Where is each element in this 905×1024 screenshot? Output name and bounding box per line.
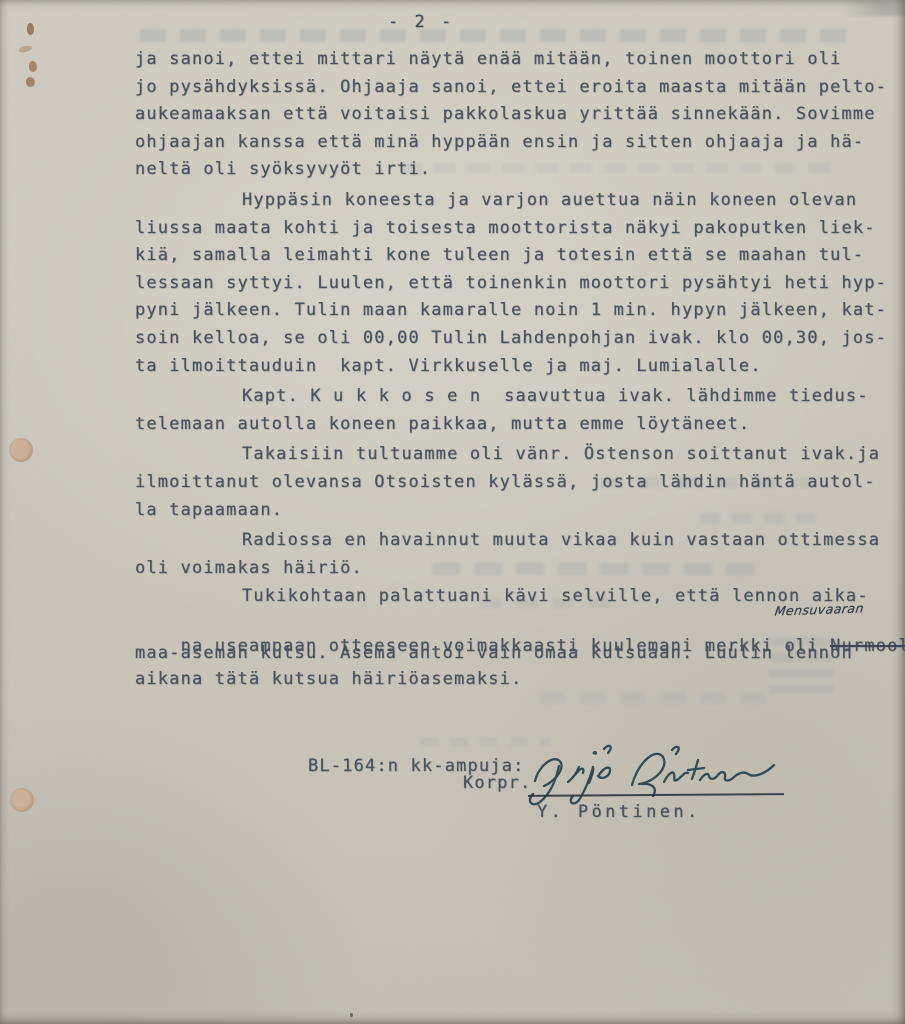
text-line: telemaan autolla koneen paikkaa, mutta e…	[135, 413, 905, 435]
text-line: kiä, samalla leimahti kone tuleen ja tot…	[135, 244, 905, 266]
scanned-document-page: - 2 - ja sanoi, ettei mittari näytä enää…	[0, 0, 905, 1024]
text-line: lessaan syttyi. Luulen, että toinenkin m…	[135, 272, 905, 294]
dust-speck	[350, 1013, 353, 1017]
bleedthrough-smudge	[140, 29, 860, 42]
rust-mark	[29, 61, 37, 72]
handwritten-correction: Mensuvaaran	[773, 597, 865, 622]
text-line: ilmoittanut olevansa Otsoisten kylässä, …	[135, 471, 905, 493]
text-line: oli voimakas häiriö.	[135, 557, 905, 579]
text-line: Kapt. K u k k o s e n saavuttua ivak. lä…	[135, 385, 905, 407]
text-line: maa-aseman kutsu. Asema antoi vain omaa …	[135, 642, 905, 664]
text-line: ohjaajan kanssa että minä hyppään ensin …	[135, 131, 905, 153]
signature-rank: Korpr.	[463, 772, 531, 794]
rust-mark	[18, 45, 32, 54]
corner-smudge	[842, 0, 905, 16]
punch-hole	[10, 788, 34, 812]
text-line: aukeamaaksan että voitaisi pakkolaskua y…	[135, 103, 905, 125]
text-line: la tapaamaan.	[135, 499, 905, 521]
text-line: ja sanoi, ettei mittari näytä enää mitää…	[135, 48, 905, 70]
text-line: neltä oli syöksyvyöt irti.	[135, 158, 905, 180]
punch-hole	[9, 438, 33, 462]
text-line: aikana tätä kutsua häiriöasemaksi.	[135, 668, 905, 690]
page-number: - 2 -	[388, 11, 454, 33]
text-line: jo pysähdyksissä. Ohjaaja sanoi, ettei e…	[135, 76, 905, 98]
text-line: pyni jälkeen. Tulin maan kamaralle noin …	[135, 299, 905, 321]
rust-mark	[27, 23, 34, 35]
text-line: ta ilmoittauduin kapt. Virkkuselle ja ma…	[135, 355, 905, 377]
signature-name-text: Yrjö Pöntinen	[0, 0, 1, 1]
rust-mark	[26, 77, 35, 87]
text-line: Hyppäsin koneesta ja varjon auettua näin…	[135, 189, 905, 211]
typed-signature-name: Y. Pöntinen.	[537, 801, 701, 823]
text-line: Takaisiin tultuamme oli vänr. Östenson s…	[135, 443, 905, 465]
text-line: liussa maata kohti ja toisesta moottoris…	[135, 217, 905, 239]
text-line: Radiossa en havainnut muuta vikaa kuin v…	[135, 529, 905, 551]
text-line: soin kelloa, se oli 00,00 Tulin Lahdenpo…	[135, 327, 905, 349]
